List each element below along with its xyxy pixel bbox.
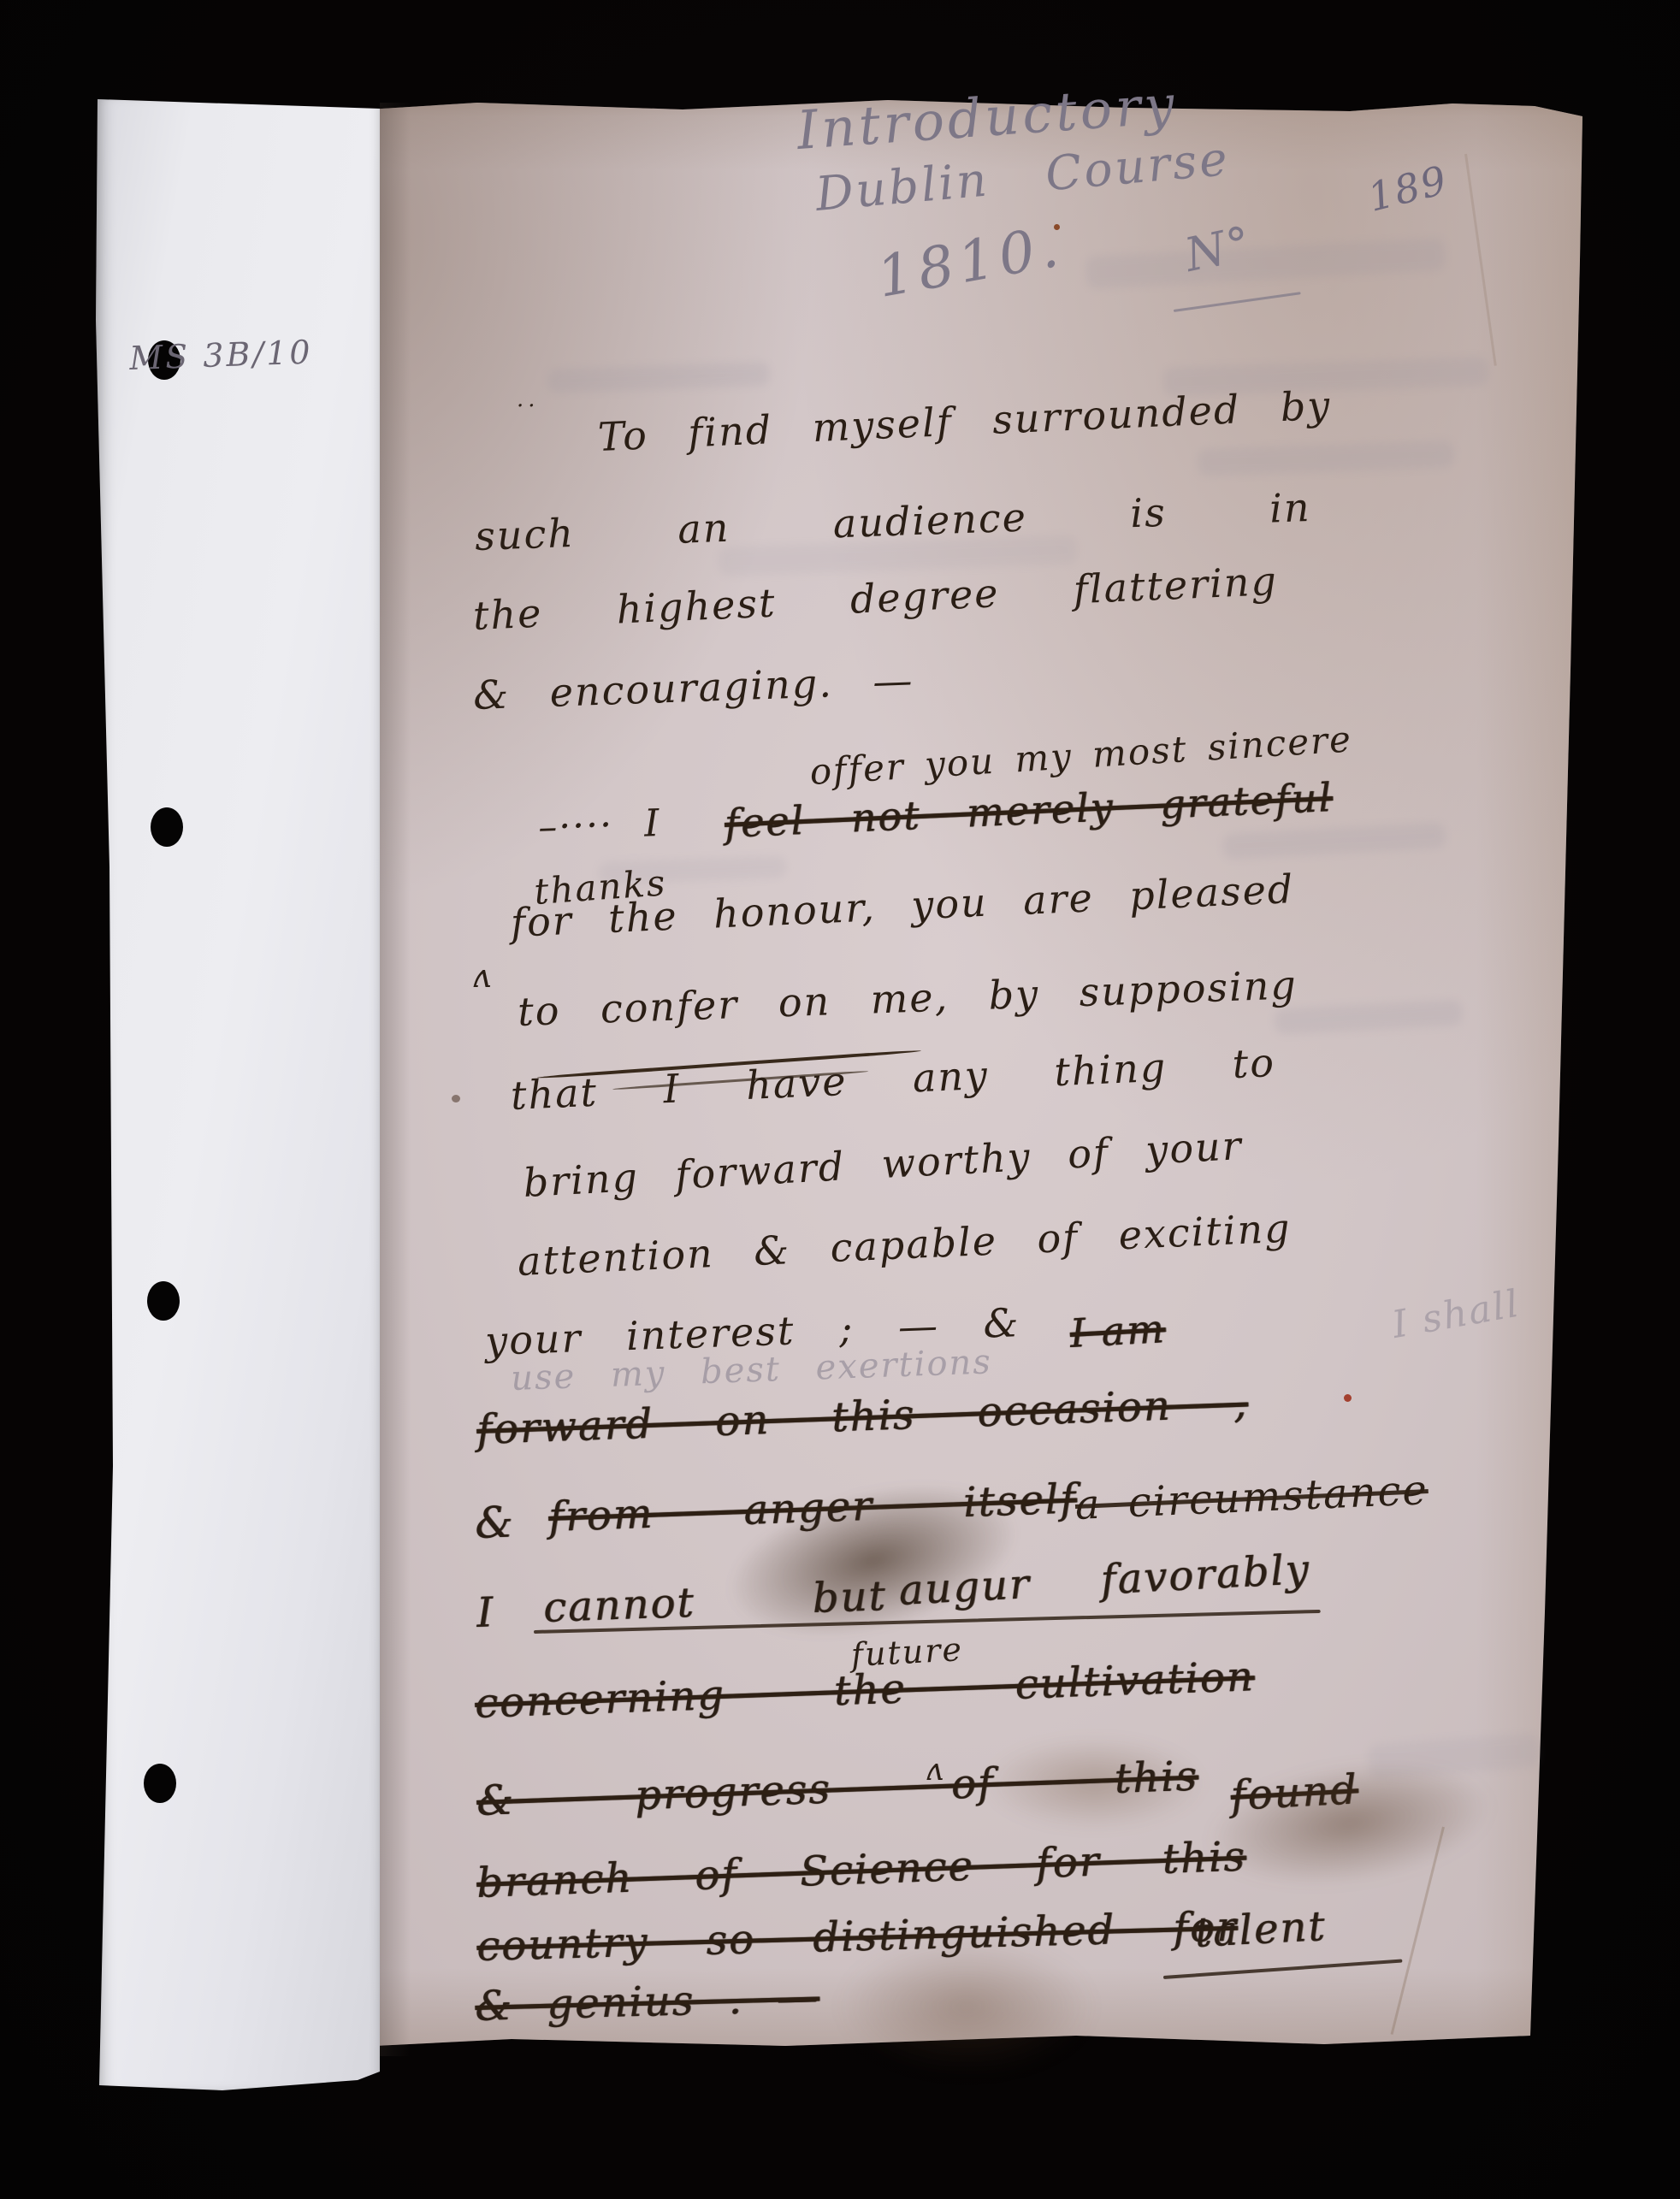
ms-line-21-kept: talent	[1193, 1906, 1327, 1954]
archival-strip	[94, 98, 380, 2090]
ms-line-22-struck: & genius . —	[475, 1977, 820, 2027]
punch-hole	[147, 1281, 180, 1321]
ink-dots: ··	[517, 395, 540, 417]
punch-hole	[144, 1764, 176, 1803]
ink-spot	[452, 1095, 460, 1102]
ms-line-16-struck: cannot but	[542, 1575, 887, 1629]
ms-line-15-amp: &	[474, 1500, 515, 1545]
margin-caret: ʌ	[472, 960, 492, 992]
strip-cast-shadow	[380, 103, 411, 2056]
punch-hole	[151, 807, 183, 847]
ms-line-16-I: I	[476, 1592, 495, 1634]
shelfmark-label: MS 3B/10	[129, 336, 313, 375]
ms-line-6-lead: –···· I	[537, 805, 661, 847]
manuscript-photo: Introductory Dublin Course 1810. N° 189 …	[0, 0, 1680, 2199]
header-numbering: N°	[1181, 220, 1257, 279]
rust-spot	[1344, 1394, 1352, 1402]
ms-line-12-struck: I am	[1069, 1309, 1167, 1353]
